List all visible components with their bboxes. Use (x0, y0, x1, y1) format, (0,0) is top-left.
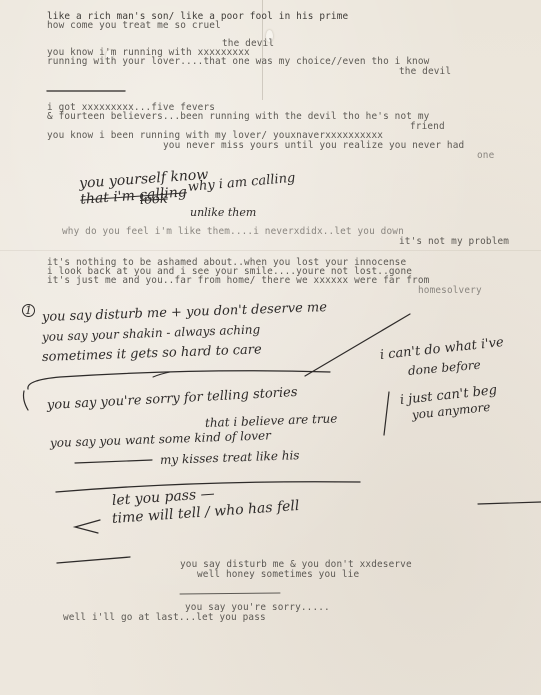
typed-line: how come you treat me so cruel (47, 21, 221, 30)
handwritten-side-note: done before (407, 358, 481, 378)
typed-line: one (477, 151, 494, 160)
typed-line: the devil (399, 67, 451, 76)
handwritten-line: that i believe are true (205, 411, 338, 430)
handwritten-line: unlike them (190, 206, 256, 219)
manuscript-page: like a rich man's son/ like a poor fool … (0, 0, 541, 695)
handwritten-side-note: i can't do what i've (379, 335, 504, 363)
struck-text: look (140, 192, 168, 208)
verse-number: 1 (22, 304, 35, 317)
typed-line: why do you feel i'm like them....i never… (62, 227, 404, 236)
typed-line: well i'll go at last...let you pass (63, 613, 266, 622)
typed-line: it's not my problem (399, 237, 509, 246)
paper-crease (0, 250, 541, 251)
typed-line: you say you're sorry..... (185, 603, 330, 612)
typed-line: you know i been running with my lover/ y… (47, 131, 383, 140)
typed-line: friend (410, 122, 445, 131)
handwritten-line: you say your shakin - always aching (42, 322, 261, 344)
handwritten-line: you say disturb me + you don't deserve m… (42, 300, 327, 325)
handwritten-line: you say you want some kind of lover (50, 428, 271, 450)
handwritten-line: sometimes it gets so hard to care (42, 342, 262, 365)
handwritten-line: you say you're sorry for telling stories (47, 385, 298, 413)
typed-line: well honey sometimes you lie (197, 570, 359, 579)
typed-line: homesolvery (418, 286, 482, 295)
typed-line: you never miss yours until you realize y… (163, 141, 464, 150)
typed-line: it's just me and you..far from home/ the… (47, 276, 429, 285)
typed-line: & fourteen believers...been running with… (47, 112, 429, 121)
typed-line: you say disturb me & you don't xxdeserve (180, 560, 412, 569)
handwritten-line: my kisses treat like his (160, 448, 300, 467)
typed-line: running with your lover....that one was … (47, 57, 429, 66)
